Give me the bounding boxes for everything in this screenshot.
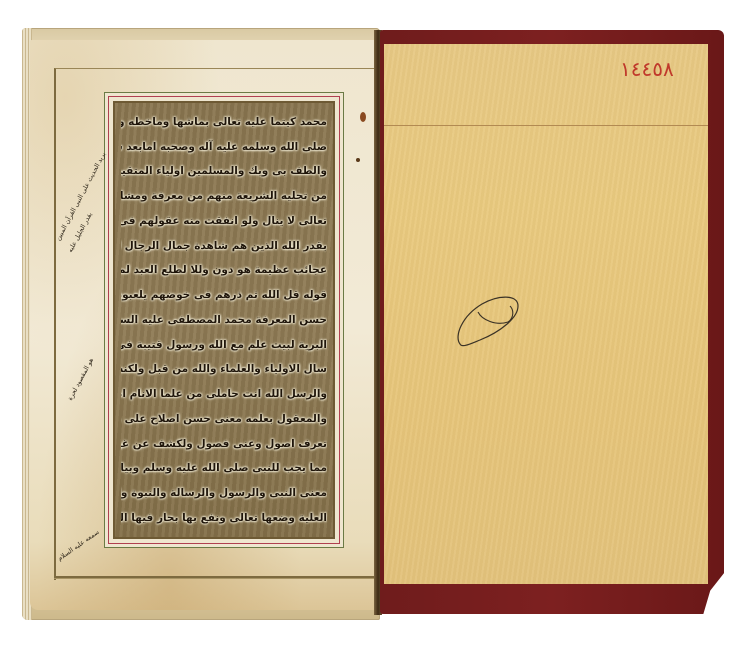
text-line: والمعقول بعلمه معنى حسن اصلاح على محل قا… <box>121 408 327 430</box>
text-line: والطف بى وبك والمسلمين اولياء المتقين ال… <box>121 161 327 183</box>
page-bottom-rule <box>54 576 376 579</box>
text-block: محمد كيتما عليه تعالى بماشها وماخطه وما … <box>113 101 335 539</box>
text-line: عجائب عظيمة هو دون وللا لطلع العبد لمن ع… <box>121 260 327 282</box>
text-line: معنى النبى والرسول والرسالة والنبوة والم… <box>121 482 327 504</box>
fold-line <box>384 125 708 126</box>
text-line: تعالى لا ينال ولو انفقت منه عقولهم فى عل… <box>121 210 327 232</box>
text-line: صلى الله وسلمه علیه آله وصحبه امابعد شرح… <box>121 136 327 158</box>
text-line: البرية لبيت علم مع الله ورسول قتيبة فى ح… <box>121 334 327 356</box>
ink-stain <box>360 112 366 122</box>
text-line: تعرف اصول وعنى فصول ولكشف عن غواصى ودقائ… <box>121 433 327 455</box>
text-line: قوله قل الله ثم ذرهم فى خوضهم يلعبون ثان… <box>121 284 327 306</box>
text-line: حسن المعرفة محمد المصطفى عليه السلام خات… <box>121 309 327 331</box>
ink-stain <box>356 158 360 162</box>
illuminated-text-frame: محمد كيتما عليه تعالى بماشها وماخطه وما … <box>104 92 344 548</box>
pencil-oval-icon <box>452 292 522 350</box>
text-line: محمد كيتما عليه تعالى بماشها وماخطه وما … <box>121 111 327 133</box>
text-line: بقدر الله الذين هم شاهدة جمال الرجال لمن… <box>121 235 327 257</box>
text-line: مما يجب للنبى صلى الله عليه وسلم وبيانه … <box>121 458 327 480</box>
text-line: من تحليه الشريعة منهم من معرفة ومشاهدة ع… <box>121 185 327 207</box>
inventory-number: ١٤٤٥٨ <box>620 57 674 81</box>
text-line: سال الاولياء والعلماء والله من قبل ولكنه… <box>121 359 327 381</box>
text-line: العلية وضعها تعالى ونفع بها بحار فيها ال… <box>121 507 327 529</box>
text-line: والرسل الله انت حاملى من علما الانام اصل… <box>121 383 327 405</box>
